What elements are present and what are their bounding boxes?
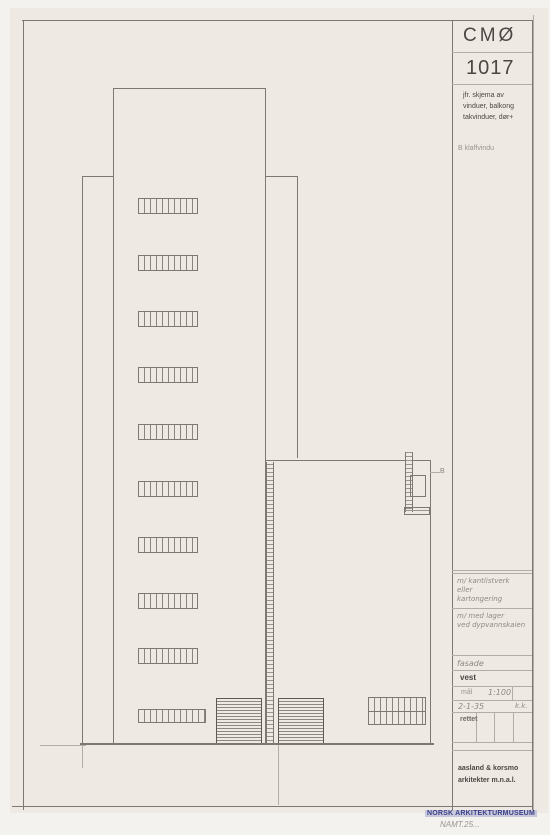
drawing-code: CMØ xyxy=(463,25,516,47)
marker-leader xyxy=(430,472,440,473)
material-note-1-line-1: m/ kantlistverk xyxy=(457,577,510,585)
left-wing-top xyxy=(82,176,113,177)
tb-divider xyxy=(452,712,532,713)
garage-door-right xyxy=(278,698,324,744)
roof-balcony-rail xyxy=(404,507,430,515)
initials-value: k.k. xyxy=(515,702,528,710)
window-marker-b: B xyxy=(440,468,445,475)
centre-guide xyxy=(278,745,279,805)
tb-cell-divider xyxy=(513,712,514,742)
tower-window xyxy=(138,367,198,383)
ground-window-transom xyxy=(368,711,426,712)
frame-bottom xyxy=(12,806,532,807)
catalog-number: NAMT.25... xyxy=(440,820,480,829)
scale-value: 1:100 xyxy=(488,688,511,697)
tower-window xyxy=(138,255,198,271)
material-note-2-line-2: ved dypvannskaien xyxy=(457,621,525,629)
left-wing-guide xyxy=(82,743,83,768)
tower-window xyxy=(138,537,198,553)
frame-right xyxy=(533,15,534,810)
tb-divider xyxy=(452,700,532,701)
frame-left xyxy=(23,20,24,810)
view-label: vest xyxy=(460,673,476,682)
revision-label: rettet xyxy=(460,716,478,723)
tb-cell-divider xyxy=(512,686,513,700)
scale-label: mål xyxy=(461,689,472,696)
tower-setback-top xyxy=(265,176,297,177)
tower-window xyxy=(138,648,198,664)
architects-line-1: aasland & korsmo xyxy=(458,765,518,772)
tb-divider xyxy=(452,52,532,53)
tower-window xyxy=(138,481,198,497)
tower-left-wall xyxy=(113,88,114,743)
tb-divider xyxy=(452,570,532,571)
drawing-number: 1017 xyxy=(466,57,515,80)
material-note-1-line-3: kartongering xyxy=(457,595,502,603)
architects-line-2: arkitekter m.n.a.l. xyxy=(458,777,516,784)
title-block-left-edge xyxy=(452,20,453,810)
low-block-right-wall xyxy=(430,460,431,743)
legend-note: B klaffvindu xyxy=(458,145,494,152)
tower-window xyxy=(138,709,206,723)
tb-divider xyxy=(452,608,532,609)
material-note-2-line-1: m/ med lager xyxy=(457,612,504,620)
tb-divider xyxy=(452,750,532,751)
date-value: 2-1-35 xyxy=(458,702,484,711)
sheet-label: fasade xyxy=(457,659,484,668)
tb-divider xyxy=(452,655,532,656)
tb-divider xyxy=(452,742,532,743)
title-block-right-edge xyxy=(532,20,533,810)
garage-door-left xyxy=(216,698,262,744)
frame-top xyxy=(22,20,532,21)
tb-cell-divider xyxy=(494,712,495,742)
ground-line xyxy=(80,743,434,745)
tower-roof-line xyxy=(113,88,265,89)
museum-stamp: NORSK ARKITEKTURMUSEUM xyxy=(425,810,537,817)
note-line-3: takvinduer, dør+ xyxy=(463,114,513,121)
material-note-1-line-2: eller xyxy=(457,586,472,594)
tower-setback-right xyxy=(297,176,298,458)
tower-window xyxy=(138,198,198,214)
tb-divider xyxy=(452,573,532,574)
downpipe-ladder xyxy=(266,462,274,744)
tower-window xyxy=(138,424,198,440)
datum-line xyxy=(40,745,86,746)
left-wing-left-wall xyxy=(82,176,83,743)
roof-balcony xyxy=(410,475,426,497)
note-line-2: vinduer, balkong xyxy=(463,103,514,110)
tb-divider xyxy=(452,84,532,85)
tb-divider xyxy=(452,686,532,687)
tb-divider xyxy=(452,670,532,671)
tower-window xyxy=(138,311,198,327)
note-line-1: jfr. skjema av xyxy=(463,92,504,99)
tower-window xyxy=(138,593,198,609)
